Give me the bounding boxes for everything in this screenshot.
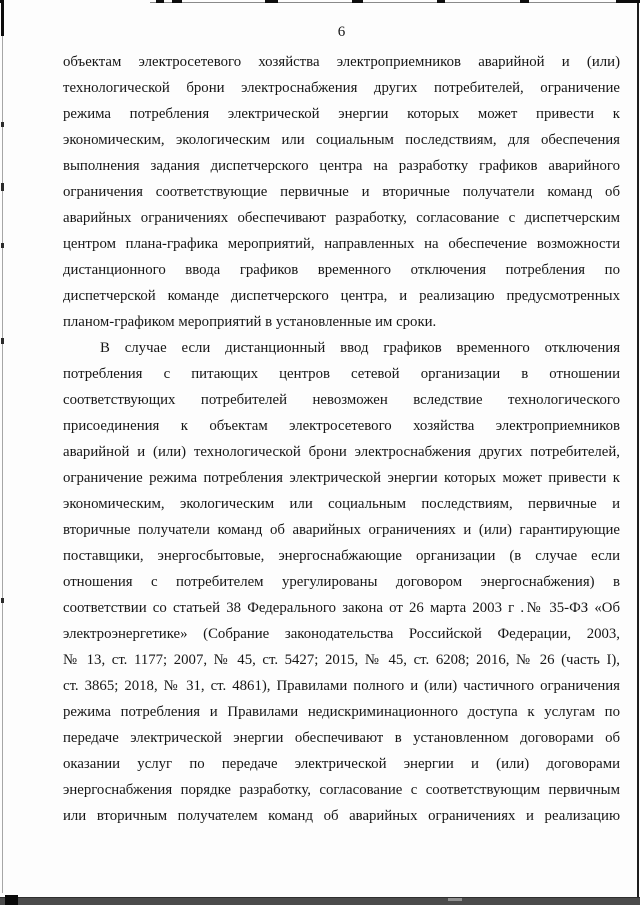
document-page: 6 объектам электросетевого хозяйства эле… [0,0,640,905]
scan-top-dash [156,0,164,3]
text-line: или вторичным получателем команд об авар… [63,803,620,829]
text-line: ст. 3865; 2018, № 31, ст. 4861), Правила… [63,673,620,699]
scan-bottom-bar-mark [5,895,18,905]
scan-top-dash [265,0,278,3]
scan-left-dash [1,598,4,603]
text-line: ограничения соответствующие первичные и … [63,179,620,205]
scan-top-dash [437,0,445,3]
text-line: № 13, ст. 1177; 2007, № 45, ст. 5427; 20… [63,647,620,673]
scan-left-edge-line [2,36,3,893]
text-line: вторичные получатели команд об аварийных… [63,517,620,543]
text-line: режима потребления электрической энергии… [63,101,620,127]
text-line: диспетчерской команде диспетчерского цен… [63,283,620,309]
text-line: экономическим, экологическим или социаль… [63,491,620,517]
scan-bottom-bar-notch [448,898,462,901]
scan-left-dash [1,338,4,344]
scan-left-dash [1,183,4,191]
text-line: отношения с потребителем урегулированы д… [63,569,620,595]
text-line: центром плана-графика мероприятий, напра… [63,231,620,257]
text-line: соответствии со статьей 38 Федерального … [63,595,620,621]
scan-top-dash [352,0,363,3]
text-line: потребления с питающих центров сетевой о… [63,361,620,387]
text-line: поставщики, энергосбытовые, энергоснабжа… [63,543,620,569]
text-line: технологической брони электроснабжения д… [63,75,620,101]
text-line: выполнения задания диспетчерского центра… [63,153,620,179]
scan-top-dash [616,0,640,3]
scan-top-dash [0,0,4,3]
scan-right-edge-line [637,3,639,897]
scan-top-dash [172,0,182,3]
text-line: оказании услуг по передаче электрической… [63,751,620,777]
scan-left-dash [1,243,4,248]
text-line: дистанционного ввода графиков временного… [63,257,620,283]
scan-left-edge-corner [1,0,4,36]
text-line: объектам электросетевого хозяйства элект… [63,49,620,75]
scan-left-dash [1,122,4,127]
text-line: присоединения к объектам электросетевого… [63,413,620,439]
text-line: передаче электрической энергии обеспечив… [63,725,620,751]
text-line: аварийных ограничениях обеспечивают разр… [63,205,620,231]
text-line: соответствующих потребителей невозможен … [63,387,620,413]
scan-bottom-bar [0,897,640,905]
page-number: 6 [63,22,620,42]
text-line: электроэнергетике» (Собрание законодател… [63,621,620,647]
text-line: аварийной и (или) технологической брони … [63,439,620,465]
text-line: экономическим, экологическим или социаль… [63,127,620,153]
text-line: ограничение режима потребления электриче… [63,465,620,491]
scan-top-edge-line [150,2,640,3]
text-line: режима потребления и Правилами недискрим… [63,699,620,725]
text-line: В случае если дистанционный ввод графико… [63,335,620,361]
text-line: планом-графиком мероприятий в установлен… [63,309,620,335]
text-line: энергоснабжения порядке разработку, согл… [63,777,620,803]
document-text: объектам электросетевого хозяйства элект… [63,49,620,829]
scan-top-dash [520,0,529,3]
